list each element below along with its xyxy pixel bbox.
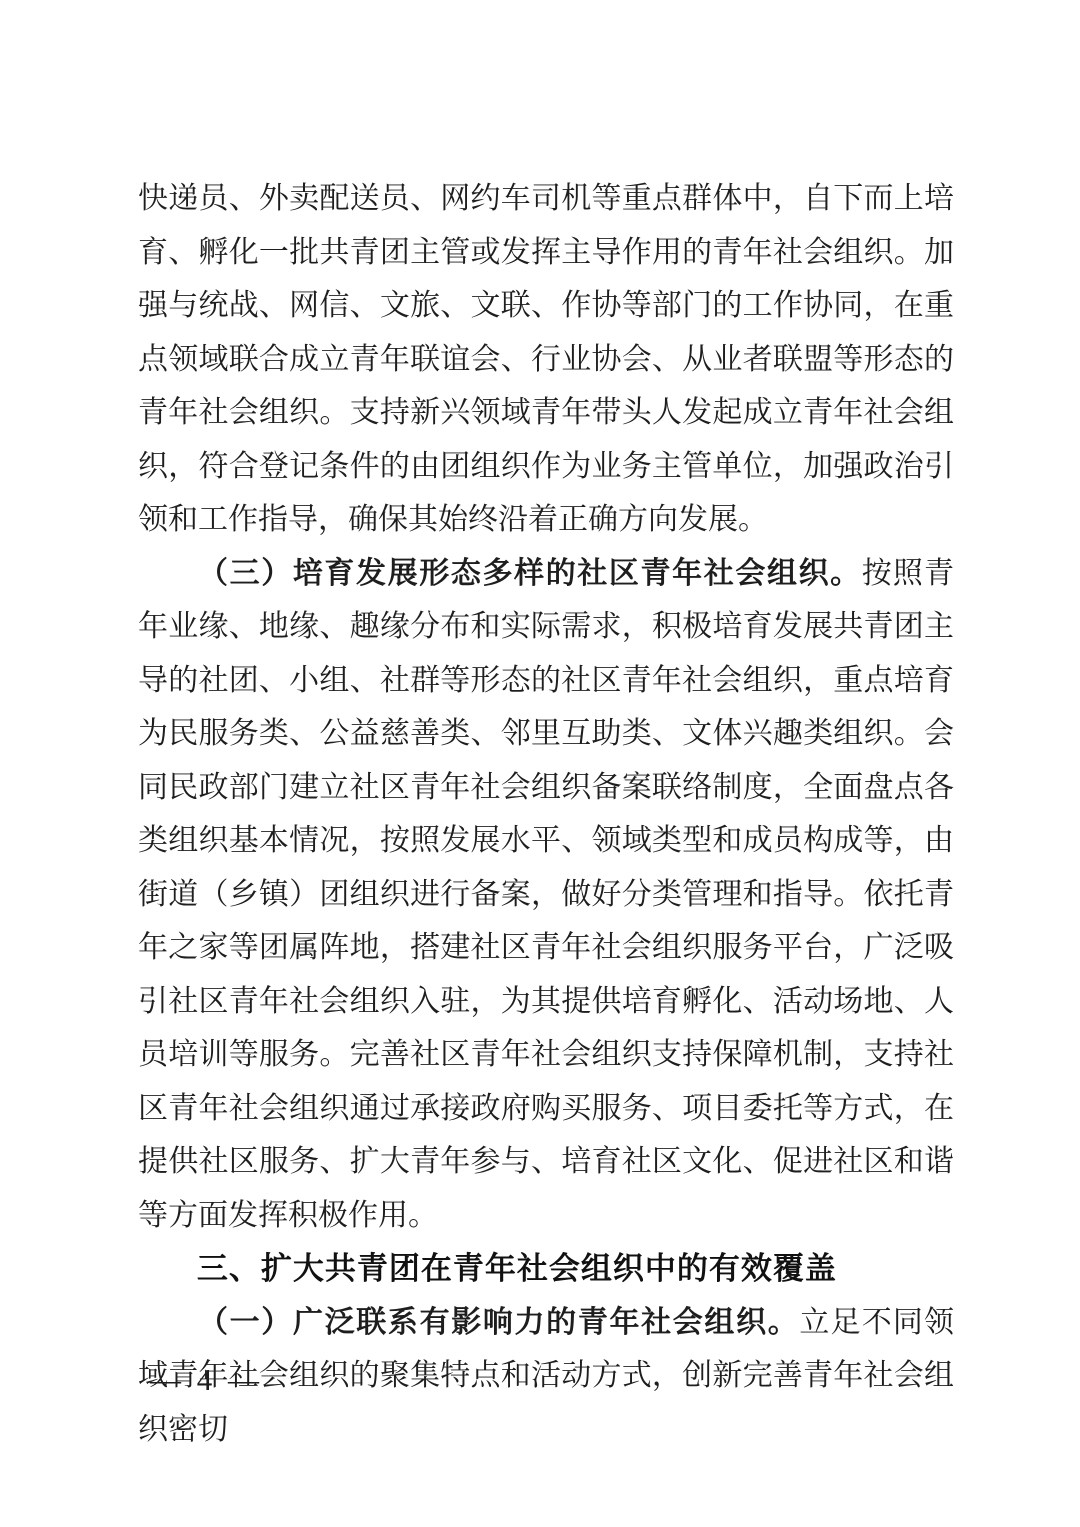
paragraph-continued-text: 快递员、外卖配送员、网约车司机等重点群体中，自下而上培育、孵化一批共青团主管或发… — [138, 182, 954, 536]
paragraph-section-3-text: 按照青年业缘、地缘、趣缘分布和实际需求，积极培育发展共青团主导的社团、小组、社群… — [138, 557, 954, 1232]
document-page: 快递员、外卖配送员、网约车司机等重点群体中，自下而上培育、孵化一批共青团主管或发… — [0, 0, 1080, 1527]
page-number: — 4 — — [150, 1362, 263, 1398]
chapter-heading-3: 三、扩大共青团在青年社会组织中的有效覆盖 — [138, 1242, 954, 1296]
document-body: 快递员、外卖配送员、网约车司机等重点群体中，自下而上培育、孵化一批共青团主管或发… — [138, 172, 954, 1456]
paragraph-section-3: （三）培育发展形态多样的社区青年社会组织。按照青年业缘、地缘、趣缘分布和实际需求… — [138, 547, 954, 1243]
paragraph-section-3-lead: （三）培育发展形态多样的社区青年社会组织。 — [198, 557, 862, 590]
paragraph-continued: 快递员、外卖配送员、网约车司机等重点群体中，自下而上培育、孵化一批共青团主管或发… — [138, 172, 954, 547]
paragraph-section-1-lead: （一）广泛联系有影响力的青年社会组织。 — [198, 1306, 799, 1339]
